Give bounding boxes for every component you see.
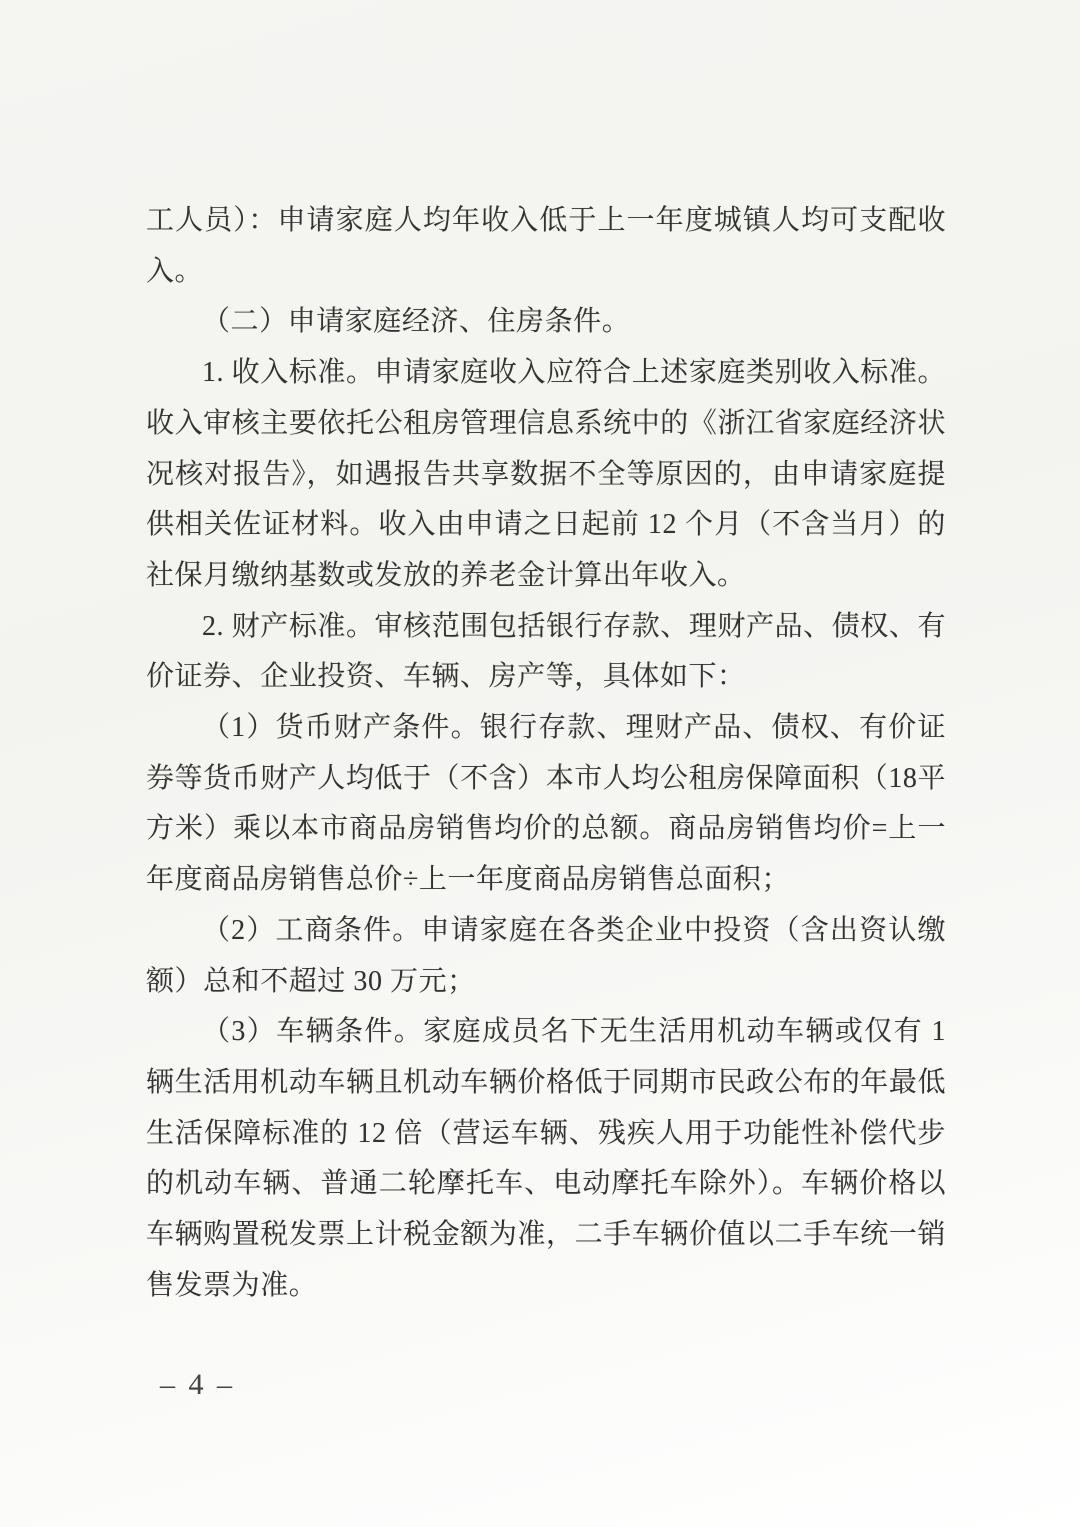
paragraph: 2. 财产标准。审核范围包括银行存款、理财产品、债权、有价证券、企业投资、车辆、… xyxy=(146,602,946,703)
document-body-text: 工人员）：申请家庭人均年收入低于上一年度城镇人均可支配收入。（二）申请家庭经济、… xyxy=(146,196,946,1311)
paragraph: 1. 收入标准。申请家庭收入应符合上述家庭类别收入标准。收入审核主要依托公租房管… xyxy=(146,348,946,602)
document-page: 工人员）：申请家庭人均年收入低于上一年度城镇人均可支配收入。（二）申请家庭经济、… xyxy=(0,0,1080,1527)
page-number: – 4 – xyxy=(160,1368,235,1402)
paragraph: （3）车辆条件。家庭成员名下无生活用机动车辆或仅有 1 辆生活用机动车辆且机动车… xyxy=(146,1007,946,1311)
paragraph: （1）货币财产条件。银行存款、理财产品、债权、有价证券等货币财产人均低于（不含）… xyxy=(146,703,946,906)
paragraph: 工人员）：申请家庭人均年收入低于上一年度城镇人均可支配收入。 xyxy=(146,196,946,297)
paragraph: （二）申请家庭经济、住房条件。 xyxy=(146,297,946,348)
paragraph: （2）工商条件。申请家庭在各类企业中投资（含出资认缴额）总和不超过 30 万元； xyxy=(146,906,946,1007)
